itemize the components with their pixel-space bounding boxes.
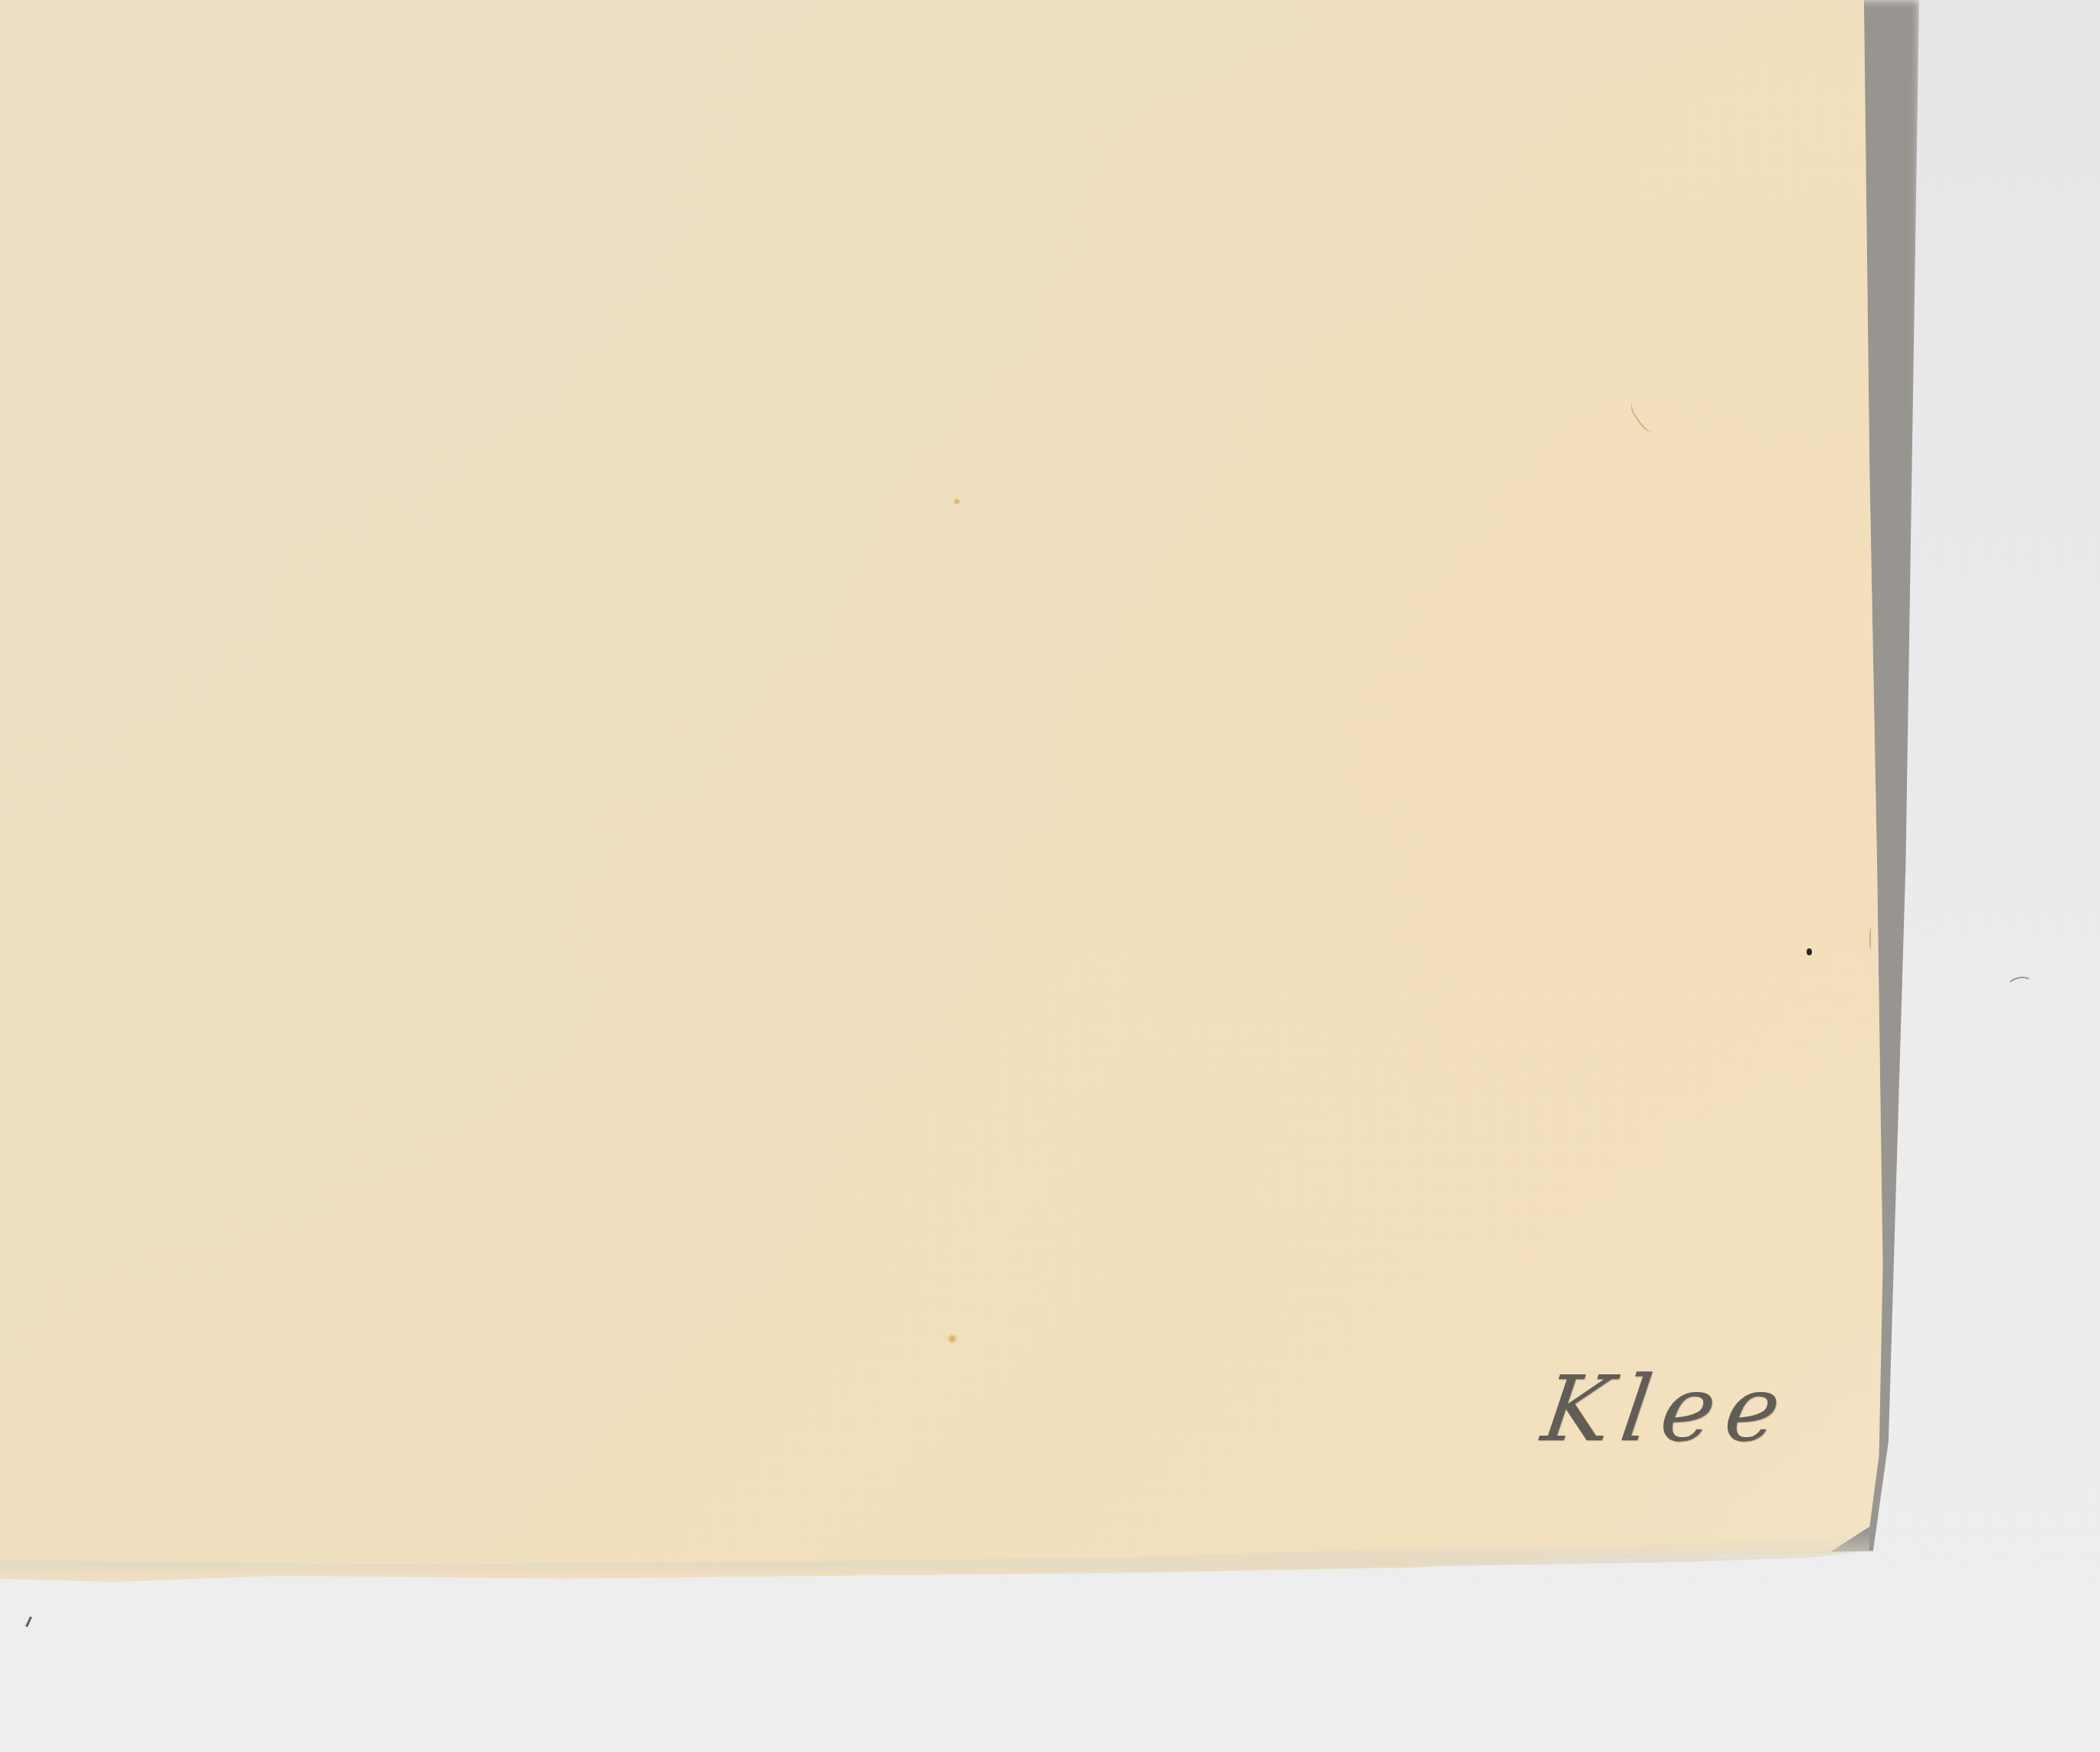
foxing-stain: [953, 498, 961, 505]
paper-fiber: [1869, 927, 1874, 950]
dark-speck: [1807, 948, 1812, 955]
foxing-stain: [947, 1334, 958, 1344]
paper-sheet: [0, 0, 1885, 1582]
artist-signature: Klee: [1536, 1356, 1797, 1462]
